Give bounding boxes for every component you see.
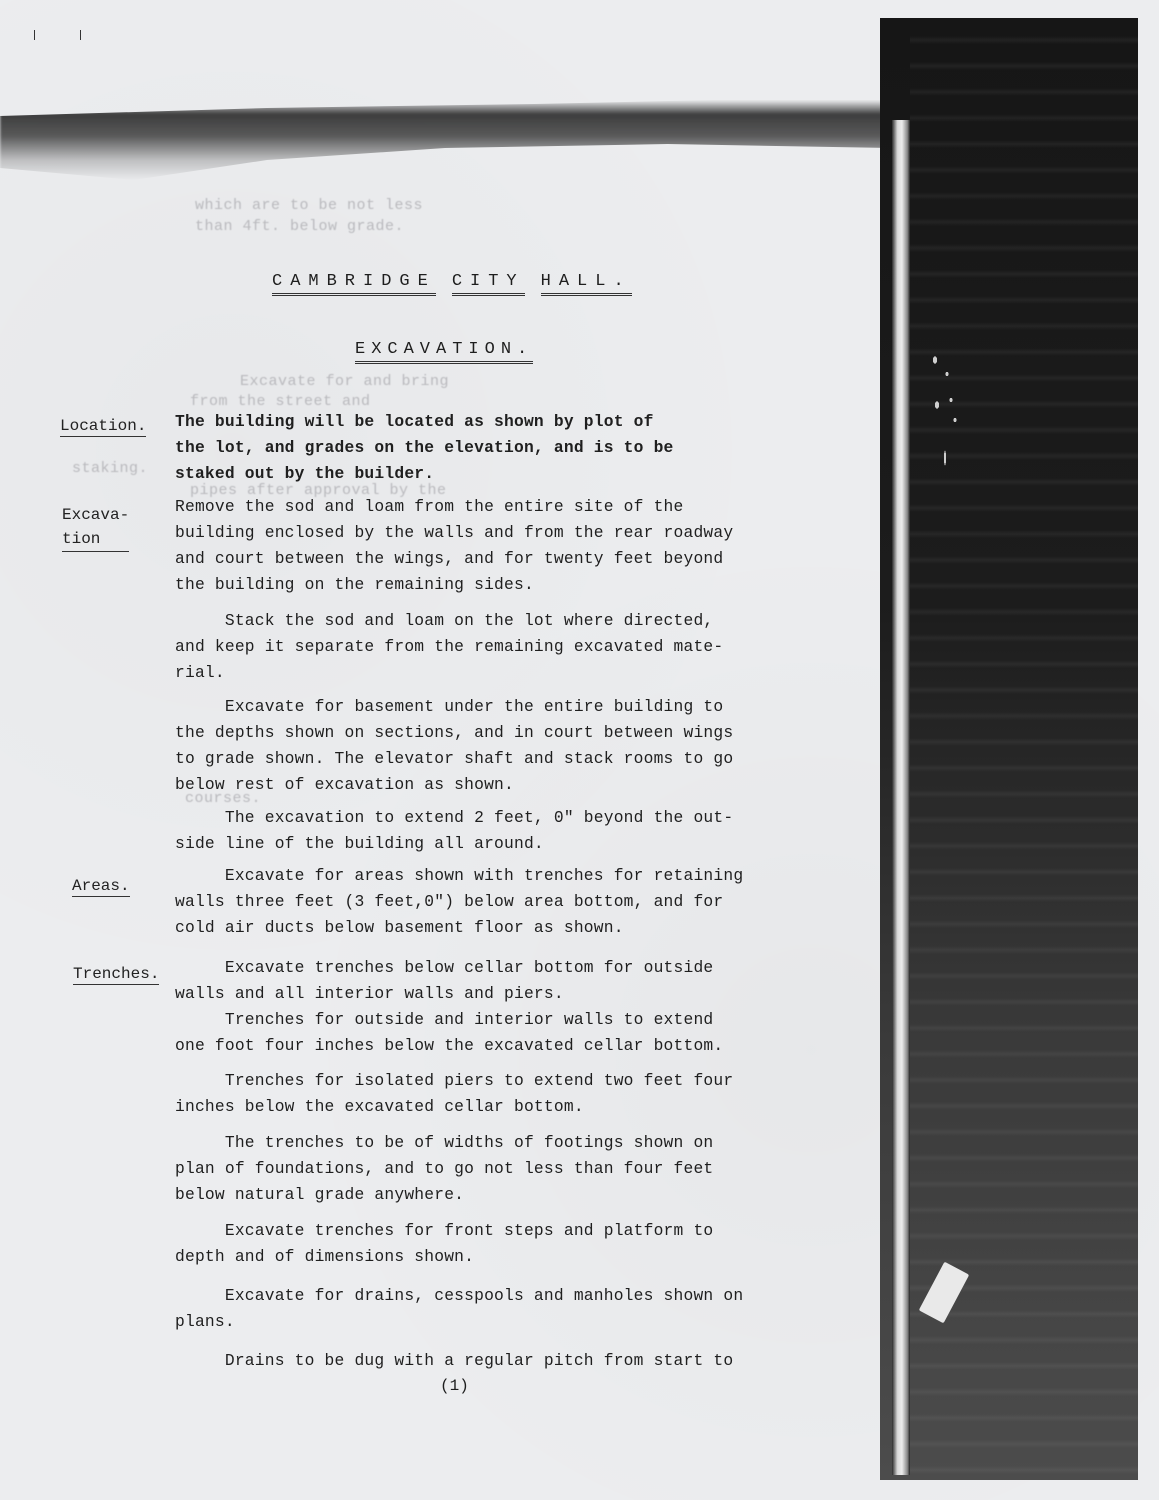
bleed-through-text: which are to be not less bbox=[195, 197, 423, 214]
paragraph-trench-widths: The trenches to be of widths of footings… bbox=[175, 1130, 865, 1208]
margin-label-trenches: Trenches. bbox=[73, 964, 159, 985]
paragraph-extent: The excavation to extend 2 feet, 0" beyo… bbox=[175, 805, 865, 857]
title-word: CAMBRIDGE bbox=[272, 272, 436, 296]
title-word: HALL. bbox=[541, 272, 632, 296]
margin-label-location: Location. bbox=[60, 416, 146, 437]
paragraph-trenches-piers: Trenches for isolated piers to extend tw… bbox=[175, 1068, 865, 1120]
binding-spine-edge bbox=[892, 120, 910, 1475]
paragraph-drains-pitch: Drains to be dug with a regular pitch fr… bbox=[175, 1348, 865, 1374]
binding-scan-stripes bbox=[910, 18, 1138, 1480]
page-number: (1) bbox=[440, 1377, 469, 1395]
bleed-through-text: staking. bbox=[72, 460, 148, 477]
paragraph-trenches-walls: Excavate trenches below cellar bottom fo… bbox=[175, 955, 865, 1059]
paragraph-basement: Excavate for basement under the entire b… bbox=[175, 694, 865, 798]
paragraph-drains: Excavate for drains, cesspools and manho… bbox=[175, 1283, 865, 1335]
bleed-through-text: Excavate for and bring bbox=[240, 373, 449, 390]
section-heading: EXCAVATION. bbox=[355, 340, 533, 364]
margin-label-excavation: Excava- tion bbox=[62, 503, 129, 552]
paragraph-front-steps: Excavate trenches for front steps and pl… bbox=[175, 1218, 865, 1270]
paragraph-stack-sod: Stack the sod and loam on the lot where … bbox=[175, 608, 865, 686]
paragraph-location: The building will be located as shown by… bbox=[175, 409, 865, 487]
document-title: CAMBRIDGECITYHALL. bbox=[272, 272, 648, 291]
scan-mark bbox=[34, 30, 35, 40]
bleed-through-text: from the street and bbox=[190, 393, 371, 410]
paragraph-remove-sod: Remove the sod and loam from the entire … bbox=[175, 494, 865, 598]
title-word: CITY bbox=[452, 272, 525, 296]
bleed-through-text: than 4ft. below grade. bbox=[195, 218, 404, 235]
scan-mark bbox=[80, 30, 81, 40]
paragraph-areas: Excavate for areas shown with trenches f… bbox=[175, 863, 865, 941]
binding-stitch-marks bbox=[925, 340, 965, 480]
margin-label-areas: Areas. bbox=[72, 876, 130, 897]
